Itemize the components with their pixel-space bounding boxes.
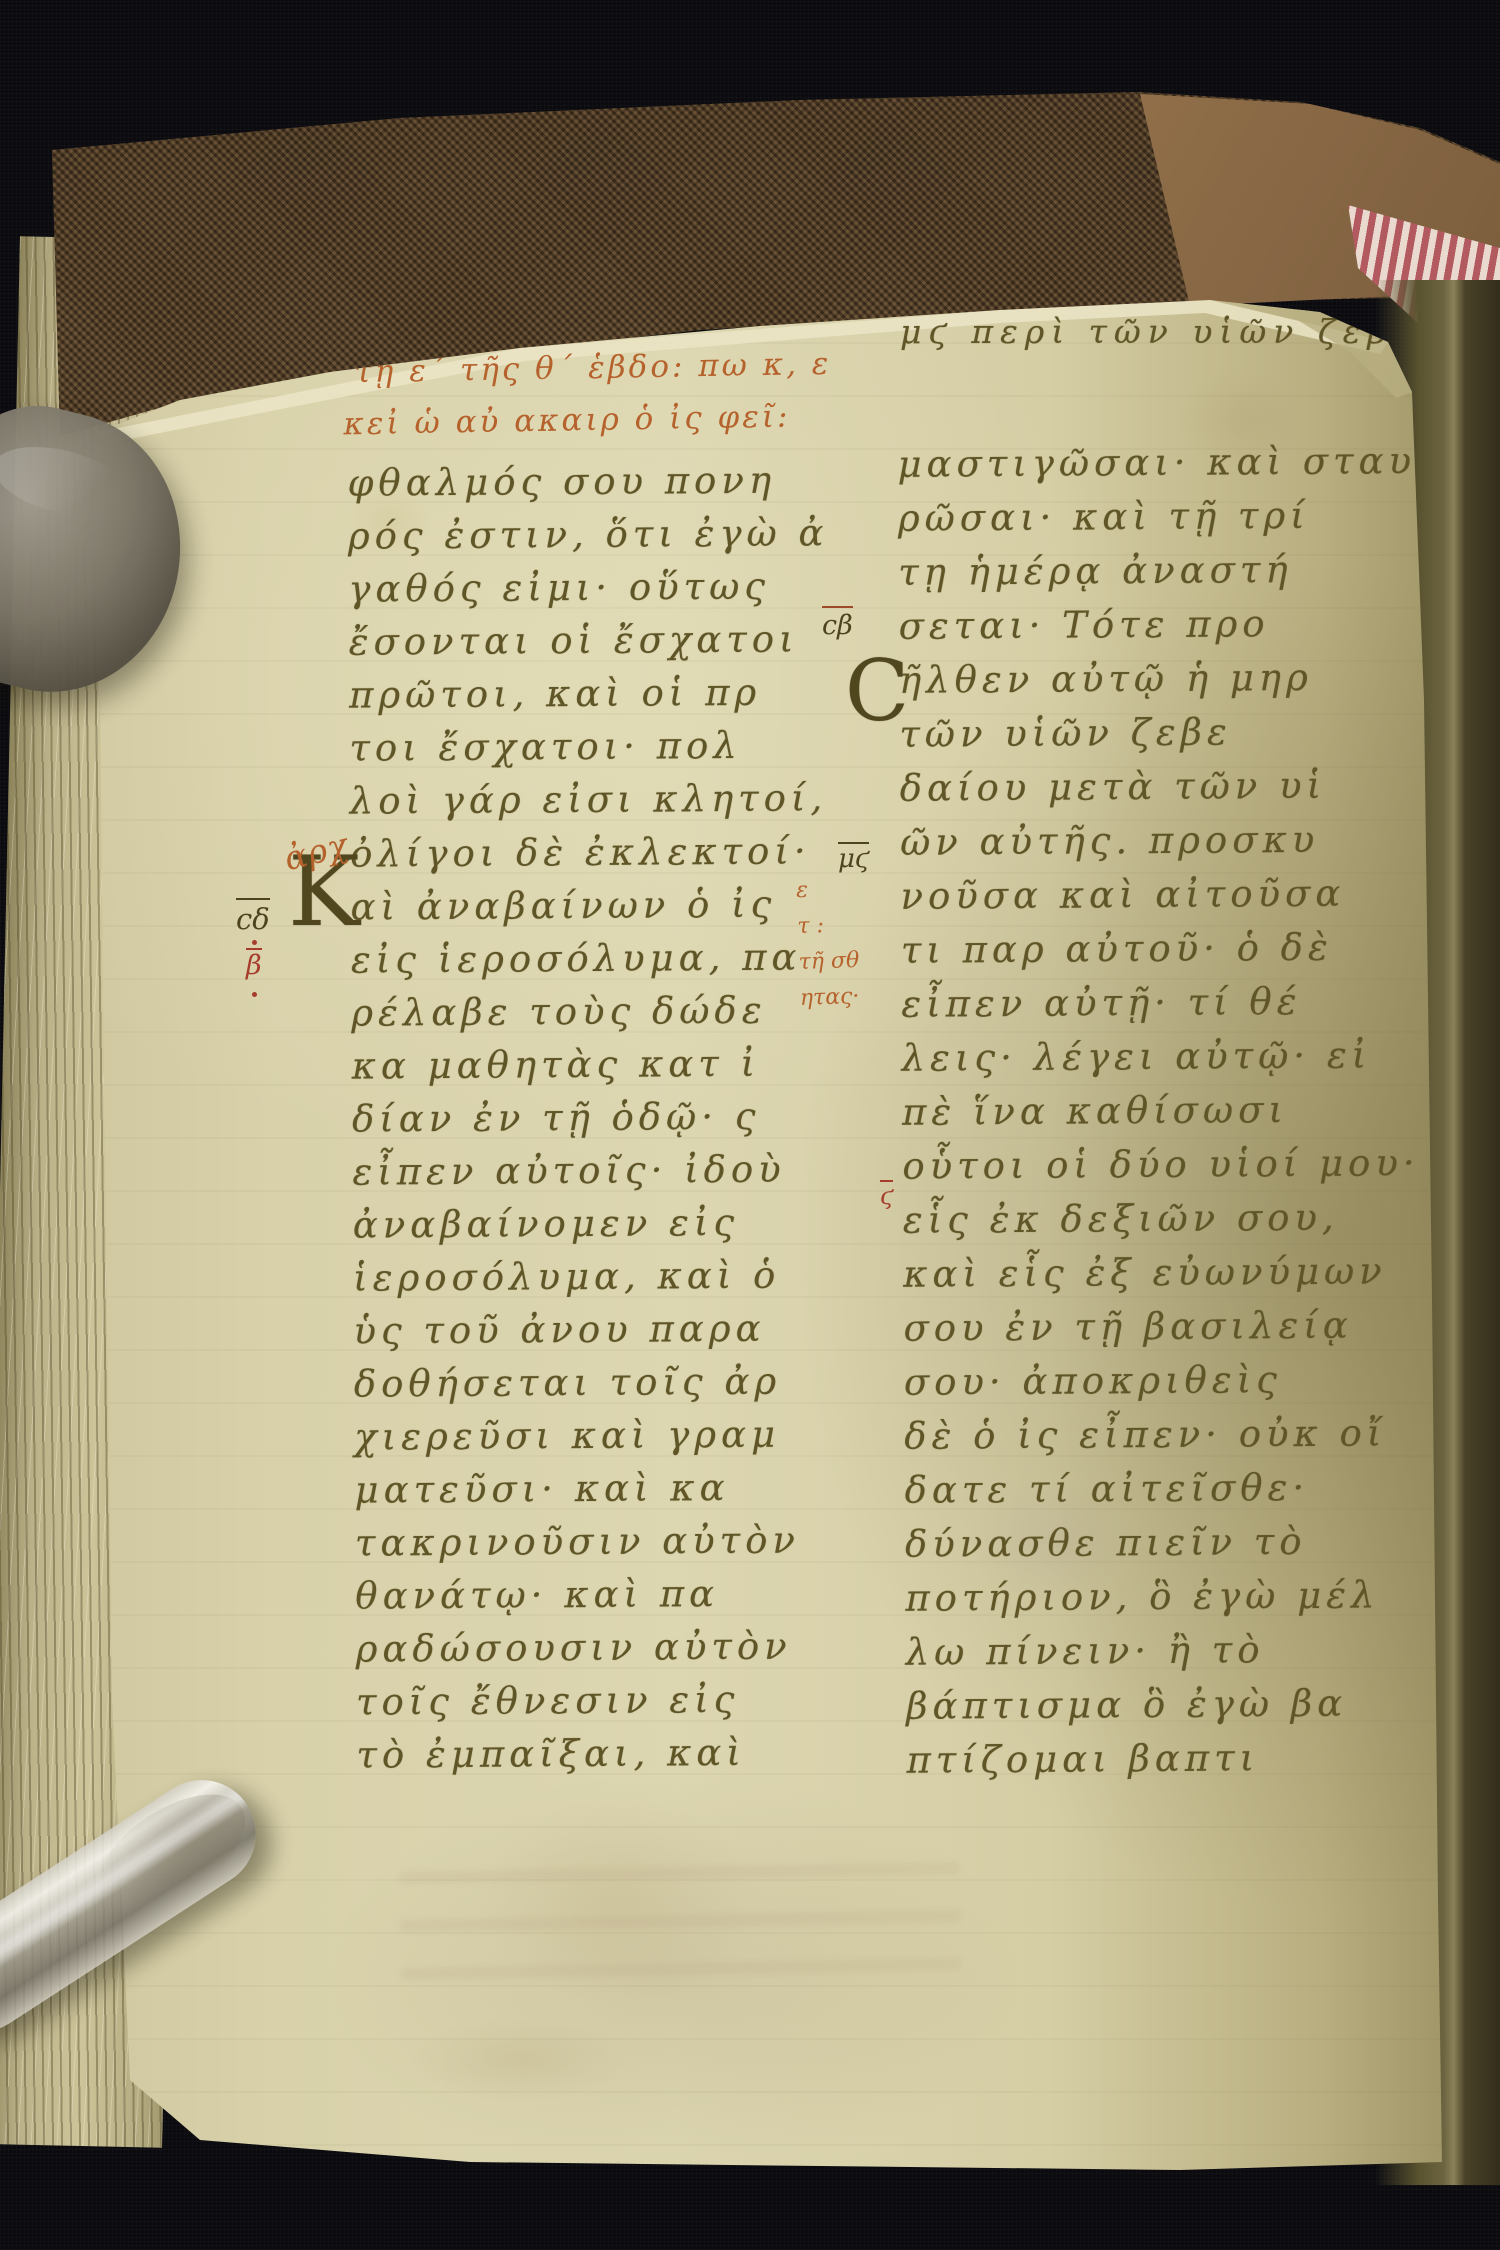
text-line: ῆλθεν αὐτῷ ἡ μηρ: [899, 650, 1418, 708]
text-line: τοῖς ἔθνεσιν εἰς: [356, 1672, 837, 1728]
text-line: αὶ ἀναβαίνων ὁ ἰς: [350, 877, 831, 933]
text-line: σου ἐν τῇ βασιλείᾳ: [903, 1298, 1422, 1356]
red-note-line: τῆ σθ: [798, 943, 860, 981]
text-line: καὶ εἷς ἐξ εὐωνύμων: [903, 1244, 1422, 1302]
text-line: τι παρ αὐτοῦ· ὁ δὲ: [901, 920, 1420, 978]
red-note-line: τ :: [797, 907, 859, 945]
text-line: εἰς ἱεροσόλυμα, πα: [351, 930, 832, 986]
text-line: λω πίνειν· ἢ τὸ: [906, 1622, 1425, 1680]
text-line: ρός ἐστιν, ὅτι ἐγὼ ἀ: [348, 506, 829, 562]
text-line: πτίζομαι βαπτι: [906, 1730, 1425, 1788]
text-line: εἶπεν αὐτοῖς· ἰδοὺ: [352, 1142, 833, 1198]
text-line: δατε τί αἰτεῖσθε·: [904, 1460, 1423, 1518]
text-line: γαθός εἰμι· οὕτως: [348, 559, 829, 615]
text-line: οὗτοι οἱ δύο υἱοί μου·: [902, 1136, 1421, 1194]
red-dot: [252, 992, 257, 997]
text-line: φθαλμός σου πονη: [347, 453, 828, 509]
text-line: τακρινοῦσιν αὐτὸν: [355, 1513, 836, 1569]
text-line: ὑς τοῦ ἀνου παρα: [353, 1301, 834, 1357]
text-line: τοι ἔσχατοι· πολ: [349, 718, 830, 774]
text-line: δίαν ἐν τῇ ὁδῷ· ς: [352, 1089, 833, 1145]
right-text-column: μαστιγῶσαι· καὶ σταυ ρῶσαι· καὶ τῇ τρί τ…: [897, 434, 1425, 1788]
canon-number-left: β: [246, 948, 262, 981]
red-marginal-notes: ε τ : τῆ σθ ητας·: [796, 871, 862, 1017]
text-line: ἔσονται οἱ ἔσχατοι: [348, 612, 829, 668]
text-line: νοῦσα καὶ αἰτοῦσα: [900, 866, 1419, 924]
text-line: ἀναβαίνομεν εἰς: [353, 1195, 834, 1251]
rubric-line: κεἰ ὡ αὐ ακαιρ ὁ ἰς φεῖ:: [343, 390, 833, 451]
text-line: πρῶτοι, καὶ οἱ πρ: [349, 665, 830, 721]
text-line: τῶν υἱῶν ζεβε: [899, 704, 1418, 762]
text-line: δύνασθε πιεῖν τὸ: [905, 1514, 1424, 1572]
text-line: ποτήριον, ὃ ἐγὼ μέλ: [905, 1568, 1424, 1626]
text-line: ὀλίγοι δὲ ἐκλεκτοί·: [350, 824, 831, 880]
text-line: κα μαθητὰς κατ ἰ: [351, 1036, 832, 1092]
text-line: εἷς ἐκ δεξιῶν σου,: [903, 1190, 1422, 1248]
text-line: τῃ ἡμέρᾳ ἀναστή: [898, 542, 1417, 600]
ammonian-section-number-mid: ϲβ: [822, 606, 853, 641]
text-line: λοὶ γάρ εἰσι κλητοί,: [350, 771, 831, 827]
text-line: ρῶσαι· καὶ τῇ τρί: [898, 488, 1417, 546]
text-line: σεται· Τότε προ: [898, 596, 1417, 654]
text-line: σου· ἀποκριθεὶς: [904, 1352, 1423, 1410]
manuscript-photo: τῇ ε΄ τῆς θ΄ ἑβδο: πω κ, ε κεἰ ὡ αὐ ακαι…: [0, 0, 1500, 2250]
kephalaion-number-mid: μϛ: [838, 842, 869, 874]
text-line: θανάτῳ· καὶ πα: [355, 1566, 836, 1622]
ink-offset-ghost-text: [399, 1840, 961, 1980]
text-line: ἱεροσόλυμα, καὶ ὁ: [353, 1248, 834, 1304]
text-line: εἶπεν αὐτῇ· τί θέ: [901, 974, 1420, 1032]
red-marginal-mark-right: ϛ: [880, 1180, 893, 1210]
left-text-column: φθαλμός σου πονη ρός ἐστιν, ὅτι ἐγὼ ἀ γα…: [347, 453, 837, 1781]
text-line: ραδώσουσιν αὐτὸν: [356, 1619, 837, 1675]
text-line: δοθήσεται τοῖς ἀρ: [354, 1354, 835, 1410]
text-line: δαίου μετὰ τῶν υἱ: [900, 758, 1419, 816]
red-dot: [252, 940, 257, 945]
text-line: βάπτισμα ὃ ἐγὼ βα: [906, 1676, 1425, 1734]
enlarged-initial-sigma: Ϲ: [845, 646, 909, 736]
red-note-line: ε: [796, 871, 858, 909]
text-line: ματεῦσι· καὶ κα: [354, 1460, 835, 1516]
text-line: δὲ ὁ ἰς εἶπεν· οὐκ οἴ: [904, 1406, 1423, 1464]
text-line: λεις· λέγει αὐτῷ· εἰ: [901, 1028, 1420, 1086]
text-line: χιερεῦσι καὶ γραμ: [354, 1407, 835, 1463]
text-line: πὲ ἵνα καθίσωσι: [902, 1082, 1421, 1140]
text-line: ρέλαβε τοὺς δώδε: [351, 983, 832, 1039]
text-line: μαστιγῶσαι· καὶ σταυ: [897, 434, 1416, 492]
text-line: ῶν αὐτῆς. προσκυ: [900, 812, 1419, 870]
red-note-line: ητας·: [799, 979, 861, 1017]
ammonian-section-number-left: ϲδ: [236, 898, 270, 936]
text-line: τὸ ἐμπαῖξαι, καὶ: [356, 1725, 837, 1781]
